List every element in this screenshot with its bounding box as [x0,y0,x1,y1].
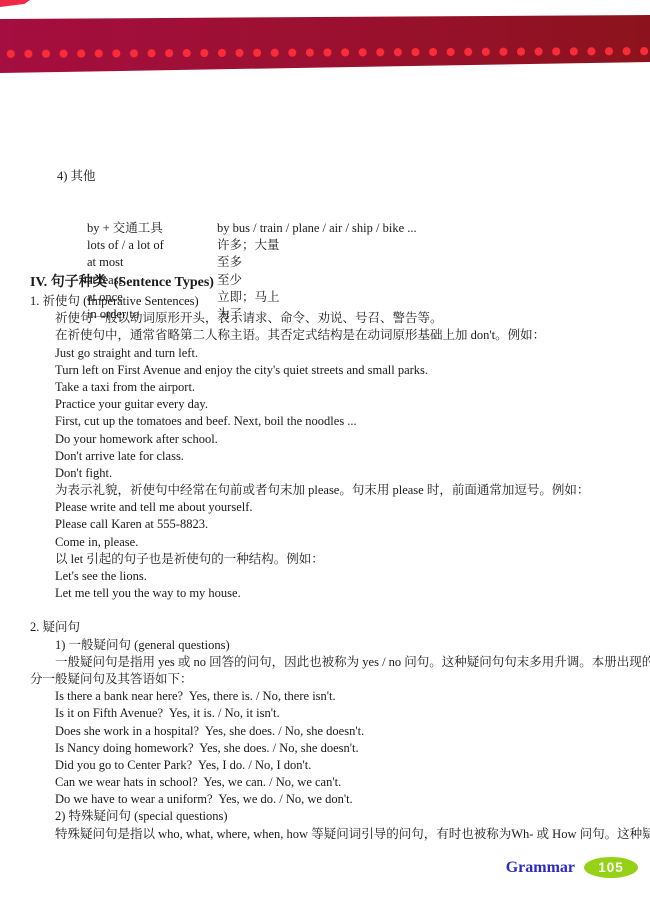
misc-term: lots of / a lot of [0,237,217,254]
corner-red-sliver [0,0,30,7]
footer-section-label: Grammar [506,859,575,877]
text-line: 2) 特殊疑问句 (special questions) [0,808,650,825]
text-line: Is there a bank near here? Yes, there is… [0,688,650,705]
misc-term: by + 交通工具 [0,220,217,237]
misc-list-row: lots of / a lot of许多；大量 [0,237,650,254]
text-line: Let me tell you the way to my house. [0,585,650,602]
text-line: Do your homework after school. [0,431,650,448]
misc-translation: 许多；大量 [217,237,280,254]
text-line: Is it on Fifth Avenue? Yes, it is. / No,… [0,705,650,722]
text-line: Do we have to wear a uniform? Yes, we do… [0,791,650,808]
text-line: Just go straight and turn left. [0,345,650,362]
text-line: First, cut up the tomatoes and beef. Nex… [0,413,650,430]
text-line: Can we wear hats in school? Yes, we can.… [0,774,650,791]
misc-list-heading: 4) 其他 [0,168,650,185]
section-header: IV. 句子种类 (Sentence Types) [30,274,214,292]
text-line: Please write and tell me about yourself. [0,499,650,516]
text-line: Don't arrive late for class. [0,448,650,465]
text-line: 1. 祈使句 (Imperative Sentences) [0,293,650,310]
text-line: Turn left on First Avenue and enjoy the … [0,362,650,379]
page-footer: Grammar 105 [506,857,638,878]
text-line: 以 let 引起的句子也是祈使句的一种结构。例如： [0,551,650,568]
text-line: Does she work in a hospital? Yes, she do… [0,723,650,740]
misc-translation: 至多 [217,254,242,271]
page-number-badge: 105 [584,857,638,878]
text-line: 祈使句一般以动词原形开头，表示请求、命令、劝说、号召、警告等。 [0,310,650,327]
text-line: 一般疑问句是指用 yes 或 no 回答的问句，因此也被称为 yes / no … [0,654,650,671]
text-line: 为表示礼貌，祈使句中经常在句前或者句末加 please。句末用 please 时… [0,482,650,499]
band-gradient [0,0,650,82]
text-line: 1) 一般疑问句 (general questions) [0,637,650,654]
misc-list-row: by + 交通工具by bus / train / plane / air / … [0,220,650,237]
paragraph-spacer [0,602,650,619]
text-line: Practice your guitar every day. [0,396,650,413]
text-line: Come in, please. [0,534,650,551]
text-line: 特殊疑问句是指以 who, what, where, when, how 等疑问… [0,826,650,843]
misc-term: at most [0,254,217,271]
text-line: Did you go to Center Park? Yes, I do. / … [0,757,650,774]
text-line: 2. 疑问句 [0,619,650,636]
misc-translation: 至少 [217,272,242,289]
misc-list-row: at most至多 [0,254,650,271]
text-line: Don't fight. [0,465,650,482]
body-text: 1. 祈使句 (Imperative Sentences)祈使句一般以动词原形开… [0,293,650,843]
text-line: 分一般疑问句及其答语如下： [0,671,650,688]
text-line: Let's see the lions. [0,568,650,585]
text-line: 在祈使句中，通常省略第二人称主语。其否定式结构是在动词原形基础上加 don't。… [0,327,650,344]
misc-translation: by bus / train / plane / air / ship / bi… [217,220,417,237]
decorative-header-band [0,0,650,82]
text-line: Is Nancy doing homework? Yes, she does. … [0,740,650,757]
text-line: Take a taxi from the airport. [0,379,650,396]
text-line: Please call Karen at 555-8823. [0,516,650,533]
